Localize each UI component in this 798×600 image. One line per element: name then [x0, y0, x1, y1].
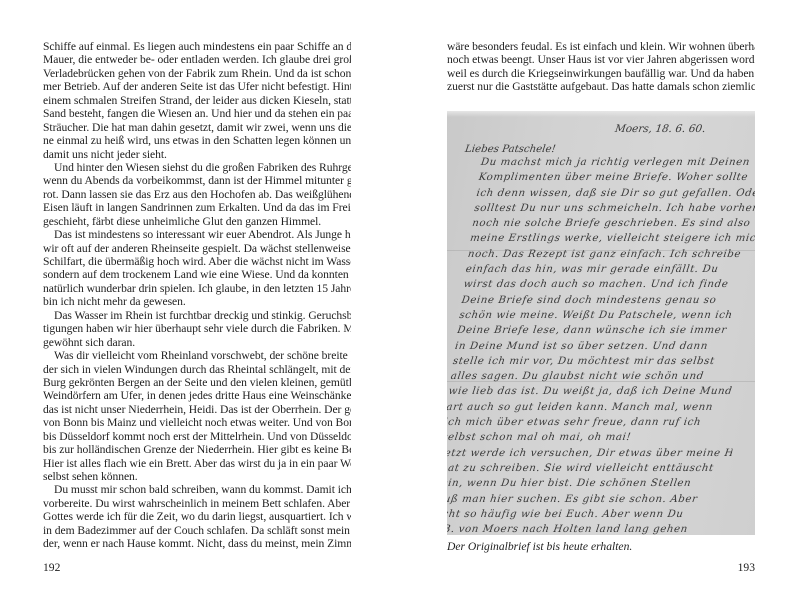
text-line: Weindörfern am Ufer, in denen jedes drit…	[43, 389, 351, 402]
left-page: Schiffe auf einmal. Es liegen auch minde…	[0, 0, 399, 600]
text-line: Das ist mindestens so interessant wir eu…	[43, 228, 351, 241]
text-line: vorbereite. Du wirst wahrscheinlich in m…	[43, 497, 351, 510]
text-line: Sand besteht, fangen die Wiesen an. Und …	[43, 107, 351, 120]
text-line: sondern auf dem trockenem Land wie eine …	[43, 268, 351, 281]
handwritten-line: selbst schon mal oh mai, oh mai!	[447, 430, 735, 445]
handwritten-line: z. B. von Moers nach Holten land lang ge…	[447, 522, 722, 535]
text-line: Du musst mir schon bald schreiben, wann …	[43, 483, 351, 496]
text-line: der sich in vielen Windungen durch das R…	[43, 363, 351, 376]
text-line: von Bonn bis Mainz und vielleicht noch e…	[43, 416, 351, 429]
handwritten-line: Deine Briefe sind doch mindestens genau …	[460, 293, 754, 308]
text-line: bis Düsseldorf kommt noch erst der Mitte…	[43, 430, 351, 443]
handwritten-line: schön wie meine. Weißt Du Patschele, wen…	[458, 308, 752, 323]
handwritten-line: in Deine Mund ist so über setzen. Und da…	[454, 339, 748, 354]
text-line: das ist nicht unser Niederrhein, Heidi. …	[43, 403, 351, 416]
text-line: gewöhnt sich daran.	[43, 336, 351, 349]
letter-date: Moers, 18. 6. 60.	[614, 123, 706, 135]
handwritten-line: solltest Du nur uns schmeicheln. Ich hab…	[473, 201, 755, 216]
handwritten-line: Du machst mich ja richtig verlegen mit D…	[480, 155, 755, 170]
handwritten-line: mat zu schreiben. Sie wird vielleicht en…	[447, 461, 731, 476]
handwritten-line: Komplimenten über meine Briefe. Woher so…	[478, 170, 755, 185]
handwritten-line: stelle ich mir vor, Du möchtest mir das …	[452, 354, 746, 369]
text-line: Hier ist alles flach wie ein Brett. Aber…	[43, 457, 351, 470]
handwritten-line: art auch so gut leiden kann. Manch mal, …	[447, 400, 739, 415]
text-line: Das Wasser im Rhein ist furchtbar drecki…	[43, 309, 351, 322]
handwritten-line: noch. Das Rezept ist ganz einfach. Ich s…	[467, 247, 755, 262]
handwritten-line: Deine Briefe lese, dann wünsche ich sie …	[456, 323, 750, 338]
handwritten-line: muß man hier suchen. Es gibt sie schon. …	[447, 492, 727, 507]
text-line: Eisen läuft in langen Sandrinnen zum Erk…	[43, 201, 351, 214]
text-line: Sträucher. Die hat man dahin gesetzt, da…	[43, 121, 351, 134]
text-line: wenn du Abends da vorbeikommst, dann ist…	[43, 174, 351, 187]
text-line: weil es durch die Kriegseinwirkungen bau…	[447, 67, 755, 80]
text-line: Was dir vielleicht vom Rheinland vorschw…	[43, 349, 351, 362]
handwritten-line: einfach das hin, was mir gerade einfällt…	[465, 262, 755, 277]
text-line: bis zur holländischen Grenze der Niederr…	[43, 443, 351, 456]
handwritten-letter-photo: Moers, 18. 6. 60. Liebes Patschele! Du m…	[447, 111, 755, 535]
handwritten-line: Jetzt werde ich versuchen, Dir etwas übe…	[447, 446, 733, 461]
handwritten-line: meine Erstlings werke, vielleicht steige…	[469, 231, 755, 246]
text-line: mer Betrieb. Auf der anderen Seite ist d…	[43, 80, 351, 93]
text-line: damit uns nicht jeder sieht.	[43, 148, 351, 161]
text-line: ne einmal zu heiß wird, uns etwas in den…	[43, 134, 351, 147]
text-line: rot. Dann lassen sie das Erz aus den Hoc…	[43, 188, 351, 201]
letter-salutation: Liebes Patschele!	[464, 144, 556, 155]
right-page: wäre besonders feudal. Es ist einfach un…	[399, 0, 798, 600]
handwritten-line: wie lieb das ist. Du weißt ja, daß ich D…	[447, 384, 741, 399]
text-line: zuerst nur die Gaststätte aufgebaut. Das…	[447, 80, 755, 93]
right-page-body-text: wäre besonders feudal. Es ist einfach un…	[447, 40, 755, 94]
text-line: Und hinter den Wiesen siehst du die groß…	[43, 161, 351, 174]
text-line: Schilfart, die übermäßig hoch wird. Aber…	[43, 255, 351, 268]
handwritten-line: ich denn wissen, daß sie Dir so gut gefa…	[475, 186, 755, 201]
photo-caption: Der Originalbrief ist bis heute erhalten…	[447, 540, 632, 553]
page-number-right: 193	[738, 561, 755, 574]
text-line: natürlich wunderbar drin spielen. Ich gl…	[43, 282, 351, 295]
left-page-body-text: Schiffe auf einmal. Es liegen auch minde…	[43, 40, 351, 551]
handwritten-line: ich mich über etwas sehr freue, dann ruf…	[447, 415, 737, 430]
text-line: einem schmalen Streifen Strand, der leid…	[43, 94, 351, 107]
letter-handwriting: Du machst mich ja richtig verlegen mit D…	[447, 155, 755, 535]
text-line: Gottes werde ich für die Zeit, wo du dar…	[43, 510, 351, 523]
text-line: Mauer, die entweder be- oder entladen we…	[43, 53, 351, 66]
text-line: wäre besonders feudal. Es ist einfach un…	[447, 40, 755, 53]
text-line: tigungen haben wir hier überhaupt sehr v…	[43, 322, 351, 335]
page-number-left: 192	[43, 561, 60, 574]
text-line: bin ich nicht mehr da gewesen.	[43, 295, 351, 308]
handwritten-line: alles sagen. Du glaubst nicht wie schön …	[450, 369, 744, 384]
handwritten-line: wirst das doch auch so machen. Und ich f…	[463, 277, 755, 292]
text-line: selbst sehen können.	[43, 470, 351, 483]
text-line: Schiffe auf einmal. Es liegen auch minde…	[43, 40, 351, 53]
text-line: noch etwas beengt. Unser Haus ist vor vi…	[447, 53, 755, 66]
text-line: wir oft auf der anderen Rheinseite gespi…	[43, 242, 351, 255]
text-line: der, wenn er nach Hause kommt. Nicht, da…	[43, 537, 351, 550]
handwritten-line: noch nie solche Briefe geschrieben. Es s…	[471, 216, 755, 231]
text-line: Verladebrücken gehen von der Fabrik zum …	[43, 67, 351, 80]
text-line: in dem Badezimmer auf der Couch schlafen…	[43, 524, 351, 537]
text-line: geschieht, färbt diese unheimliche Glut …	[43, 215, 351, 228]
handwritten-line: sein, wenn Du hier bist. Die schönen Ste…	[447, 476, 729, 491]
handwritten-line: nicht so häufig wie bei Euch. Aber wenn …	[447, 507, 724, 522]
text-line: Burg gekrönten Bergen an der Seite und d…	[43, 376, 351, 389]
